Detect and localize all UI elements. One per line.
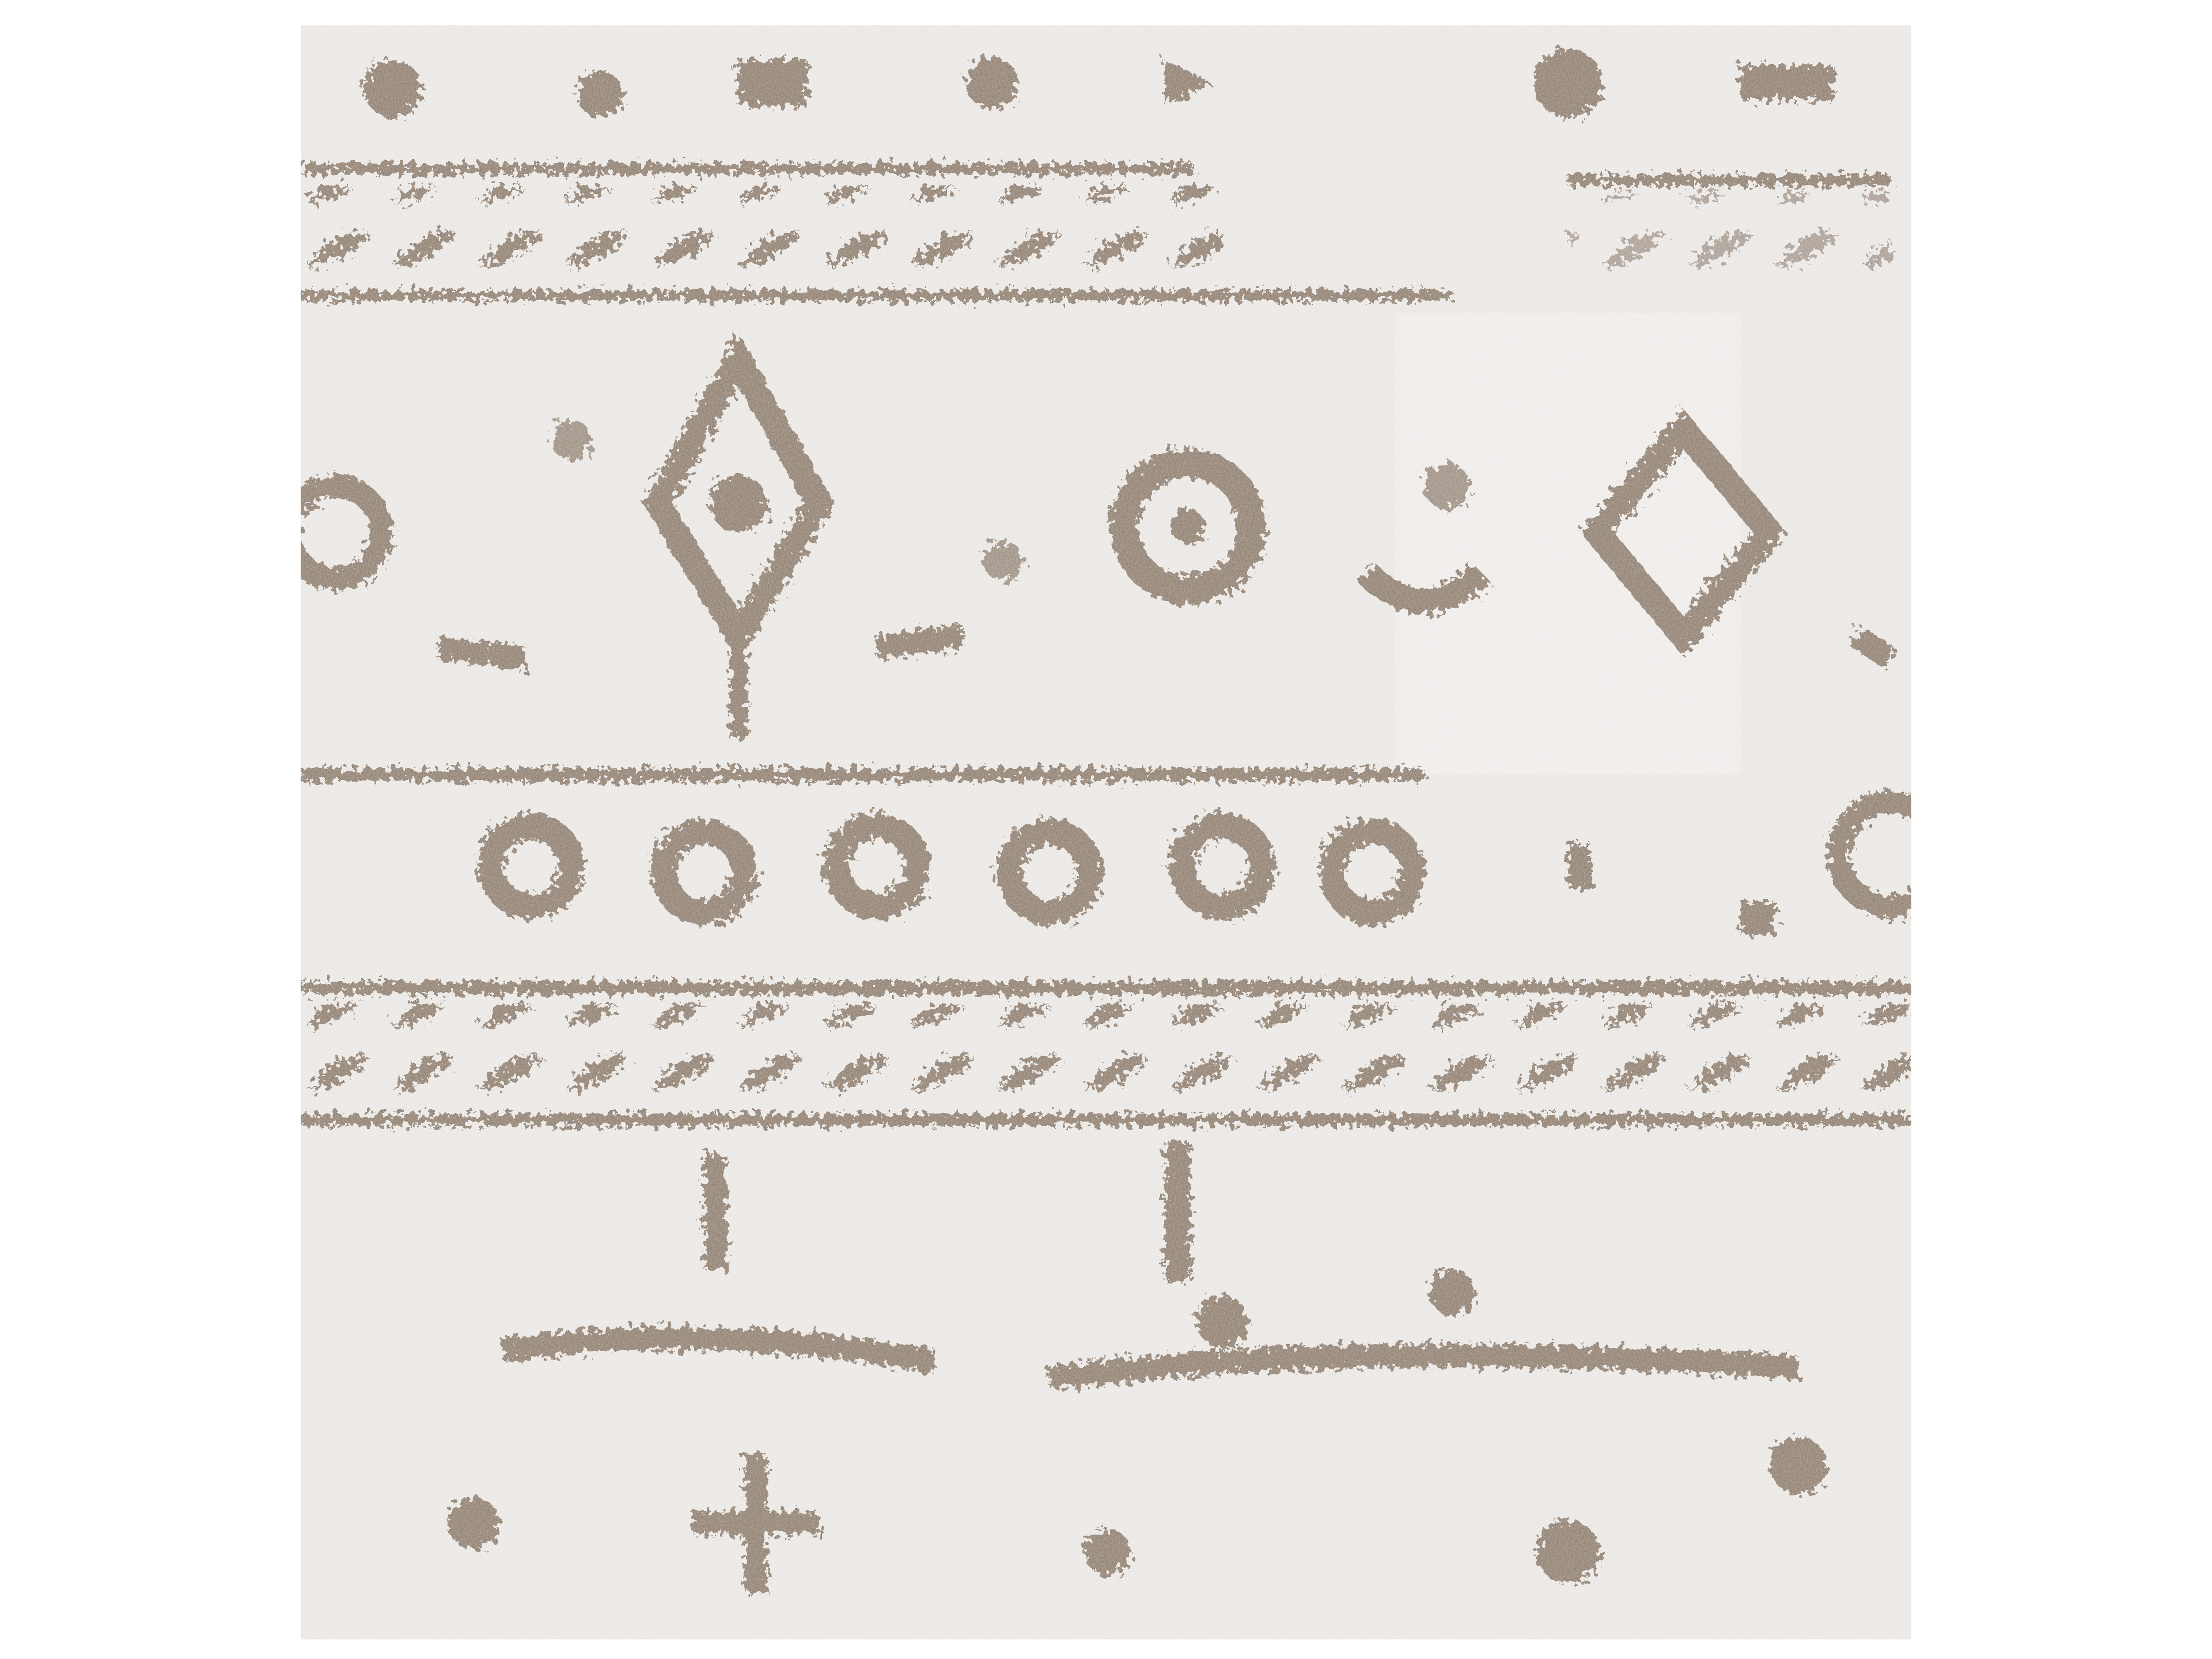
rug-pattern (301, 25, 1911, 1639)
rug-swatch (301, 25, 1911, 1639)
